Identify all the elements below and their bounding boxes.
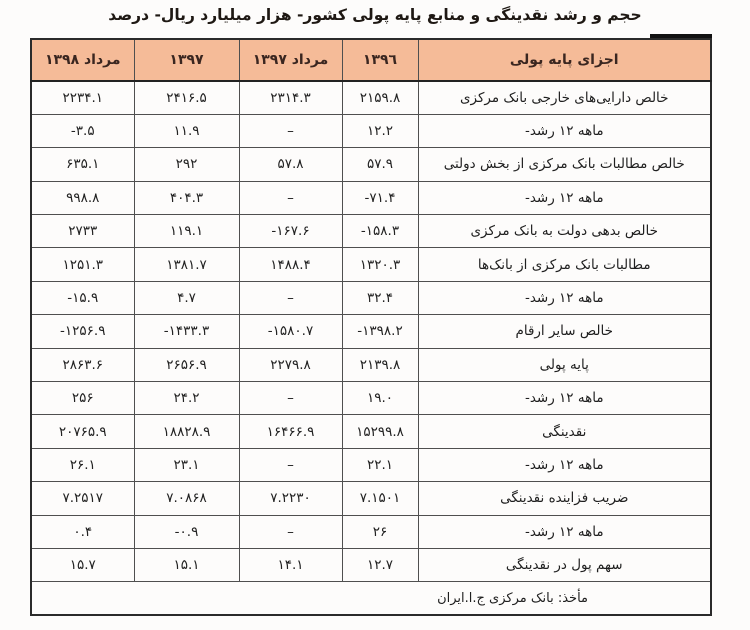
table-row-growth: ۰.۴ -۰.۹ – ۲۶ -رشد ۱۲ ماهه: [31, 515, 711, 548]
cell-1396: -۱۳۹۸.۲: [342, 315, 418, 348]
cell-1396: ۱۹.۰: [342, 382, 418, 415]
cell-mordad-1398: -۱۵.۹: [31, 281, 134, 314]
cell-mordad-1397: –: [239, 448, 342, 481]
cell-label: مطالبات بانک مرکزی از بانک‌ها: [418, 248, 711, 281]
table-header: مرداد ۱۳۹۸ ۱۳۹۷ مرداد ۱۳۹۷ ۱۳۹٦ اجزای پا…: [31, 39, 711, 81]
cell-label: خالص دارایی‌های خارجی بانک مرکزی: [418, 81, 711, 114]
cell-mordad-1397: –: [239, 281, 342, 314]
cell-mordad-1397: ۱۴.۱: [239, 548, 342, 581]
source-row: مأخذ: بانک مرکزی ج.ا.ایران: [31, 582, 711, 615]
cell-label-growth: -رشد ۱۲ ماهه: [418, 181, 711, 214]
table-row: ۲۰۷۶۵.۹ ۱۸۸۲۸.۹ ۱۶۴۶۶.۹ ۱۵۲۹۹.۸ نقدینگی: [31, 415, 711, 448]
table-row-growth: ۲۶.۱ ۲۳.۱ – ۲۲.۱ -رشد ۱۲ ماهه: [31, 448, 711, 481]
cell-mordad-1398: ۲۷۳۳: [31, 215, 134, 248]
table-row: ۲۷۳۳ ۱۱۹.۱ -۱۶۷.۶ -۱۵۸.۳ خالص بدهی دولت …: [31, 215, 711, 248]
cell-mordad-1398: ۶۳۵.۱: [31, 148, 134, 181]
cell-1397: ۷.۰۸۶۸: [134, 482, 239, 515]
cell-label: خالص بدهی دولت به بانک مرکزی: [418, 215, 711, 248]
header-col-1397: ۱۳۹۷: [134, 39, 239, 81]
cell-mordad-1397: –: [239, 382, 342, 415]
cell-1397: ۲۴.۲: [134, 382, 239, 415]
cell-1396: ۵۷.۹: [342, 148, 418, 181]
cell-mordad-1397: ۷.۲۲۳۰: [239, 482, 342, 515]
cell-1396: -۱۵۸.۳: [342, 215, 418, 248]
cell-mordad-1398: ۷.۲۵۱۷: [31, 482, 134, 515]
table-row-growth: ۲۵۶ ۲۴.۲ – ۱۹.۰ -رشد ۱۲ ماهه: [31, 382, 711, 415]
cell-mordad-1398: ۲۶.۱: [31, 448, 134, 481]
cell-label: ضریب فزاینده نقدینگی: [418, 482, 711, 515]
cell-1396: ۲۱۳۹.۸: [342, 348, 418, 381]
cell-mordad-1397: -۱۵۸۰.۷: [239, 315, 342, 348]
cell-label: پایه پولی: [418, 348, 711, 381]
cell-label-growth: -رشد ۱۲ ماهه: [418, 114, 711, 147]
cell-label: سهم پول در نقدینگی: [418, 548, 711, 581]
table-title: حجم و رشد نقدینگی و منابع پایه پولی کشور…: [0, 6, 750, 24]
table-body: ۲۲۳۴.۱ ۲۴۱۶.۵ ۲۳۱۴.۳ ۲۱۵۹.۸ خالص دارایی‌…: [31, 81, 711, 615]
cell-mordad-1397: ۱۴۸۸.۴: [239, 248, 342, 281]
cell-label: خالص مطالبات بانک مرکزی از بخش دولتی: [418, 148, 711, 181]
table-row-growth: ۹۹۸.۸ ۴۰۴.۳ – -۷۱.۴ -رشد ۱۲ ماهه: [31, 181, 711, 214]
cell-1397: ۲۳.۱: [134, 448, 239, 481]
cell-1397: ۲۹۲: [134, 148, 239, 181]
header-col-components: اجزای پایه پولی: [418, 39, 711, 81]
cell-mordad-1398: ۲۸۶۳.۶: [31, 348, 134, 381]
cell-1397: -۰.۹: [134, 515, 239, 548]
cell-label-growth: -رشد ۱۲ ماهه: [418, 515, 711, 548]
monetary-table: مرداد ۱۳۹۸ ۱۳۹۷ مرداد ۱۳۹۷ ۱۳۹٦ اجزای پا…: [30, 38, 712, 616]
cell-mordad-1397: –: [239, 515, 342, 548]
cell-label-growth: -رشد ۱۲ ماهه: [418, 281, 711, 314]
cell-mordad-1398: ۲۰۷۶۵.۹: [31, 415, 134, 448]
cell-1396: ۷.۱۵۰۱: [342, 482, 418, 515]
table-row-growth: -۳.۵ ۱۱.۹ – ۱۲.۲ -رشد ۱۲ ماهه: [31, 114, 711, 147]
cell-mordad-1397: ۵۷.۸: [239, 148, 342, 181]
cell-1397: ۱۱.۹: [134, 114, 239, 147]
header-row: مرداد ۱۳۹۸ ۱۳۹۷ مرداد ۱۳۹۷ ۱۳۹٦ اجزای پا…: [31, 39, 711, 81]
cell-mordad-1398: -۱۲۵۶.۹: [31, 315, 134, 348]
cell-1397: -۱۴۳۳.۳: [134, 315, 239, 348]
cell-mordad-1398: ۹۹۸.۸: [31, 181, 134, 214]
cell-mordad-1398: -۳.۵: [31, 114, 134, 147]
cell-1397: ۲۶۵۶.۹: [134, 348, 239, 381]
cell-mordad-1398: ۱۲۵۱.۳: [31, 248, 134, 281]
header-col-1396: ۱۳۹٦: [342, 39, 418, 81]
cell-1396: ۱۲.۷: [342, 548, 418, 581]
cell-mordad-1398: ۱۵.۷: [31, 548, 134, 581]
cell-mordad-1398: ۰.۴: [31, 515, 134, 548]
cell-1396: ۲۶: [342, 515, 418, 548]
cell-1396: ۳۲.۴: [342, 281, 418, 314]
header-col-mordad-1397: مرداد ۱۳۹۷: [239, 39, 342, 81]
table-row: ۶۳۵.۱ ۲۹۲ ۵۷.۸ ۵۷.۹ خالص مطالبات بانک مر…: [31, 148, 711, 181]
cell-mordad-1397: ۲۲۷۹.۸: [239, 348, 342, 381]
cell-1397: ۲۴۱۶.۵: [134, 81, 239, 114]
cell-1397: ۴.۷: [134, 281, 239, 314]
cell-label-growth: -رشد ۱۲ ماهه: [418, 382, 711, 415]
cell-1397: ۱۸۸۲۸.۹: [134, 415, 239, 448]
cell-1397: ۱۳۸۱.۷: [134, 248, 239, 281]
table-row: -۱۲۵۶.۹ -۱۴۳۳.۳ -۱۵۸۰.۷ -۱۳۹۸.۲ خالص سای…: [31, 315, 711, 348]
cell-mordad-1397: ۲۳۱۴.۳: [239, 81, 342, 114]
cell-1397: ۴۰۴.۳: [134, 181, 239, 214]
page: { "title": "حجم و رشد نقدینگی و منابع پا…: [0, 0, 750, 630]
cell-1396: ۱۲.۲: [342, 114, 418, 147]
source-note: مأخذ: بانک مرکزی ج.ا.ایران: [31, 582, 711, 615]
cell-label-growth: -رشد ۱۲ ماهه: [418, 448, 711, 481]
table-row: ۲۲۳۴.۱ ۲۴۱۶.۵ ۲۳۱۴.۳ ۲۱۵۹.۸ خالص دارایی‌…: [31, 81, 711, 114]
table-row: ۷.۲۵۱۷ ۷.۰۸۶۸ ۷.۲۲۳۰ ۷.۱۵۰۱ ضریب فزاینده…: [31, 482, 711, 515]
cell-mordad-1397: –: [239, 181, 342, 214]
cell-1397: ۱۱۹.۱: [134, 215, 239, 248]
table-row-growth: -۱۵.۹ ۴.۷ – ۳۲.۴ -رشد ۱۲ ماهه: [31, 281, 711, 314]
cell-1397: ۱۵.۱: [134, 548, 239, 581]
cell-1396: -۷۱.۴: [342, 181, 418, 214]
cell-1396: ۲۱۵۹.۸: [342, 81, 418, 114]
cell-mordad-1397: –: [239, 114, 342, 147]
table-row: ۲۸۶۳.۶ ۲۶۵۶.۹ ۲۲۷۹.۸ ۲۱۳۹.۸ پایه پولی: [31, 348, 711, 381]
cell-1396: ۲۲.۱: [342, 448, 418, 481]
table-row: ۱۲۵۱.۳ ۱۳۸۱.۷ ۱۴۸۸.۴ ۱۳۲۰.۳ مطالبات بانک…: [31, 248, 711, 281]
cell-1396: ۱۵۲۹۹.۸: [342, 415, 418, 448]
cell-mordad-1397: -۱۶۷.۶: [239, 215, 342, 248]
cell-label: نقدینگی: [418, 415, 711, 448]
cell-mordad-1397: ۱۶۴۶۶.۹: [239, 415, 342, 448]
cell-mordad-1398: ۲۵۶: [31, 382, 134, 415]
cell-1396: ۱۳۲۰.۳: [342, 248, 418, 281]
header-col-mordad-1398: مرداد ۱۳۹۸: [31, 39, 134, 81]
table-row: ۱۵.۷ ۱۵.۱ ۱۴.۱ ۱۲.۷ سهم پول در نقدینگی: [31, 548, 711, 581]
cell-mordad-1398: ۲۲۳۴.۱: [31, 81, 134, 114]
cell-label: خالص سایر ارقام: [418, 315, 711, 348]
